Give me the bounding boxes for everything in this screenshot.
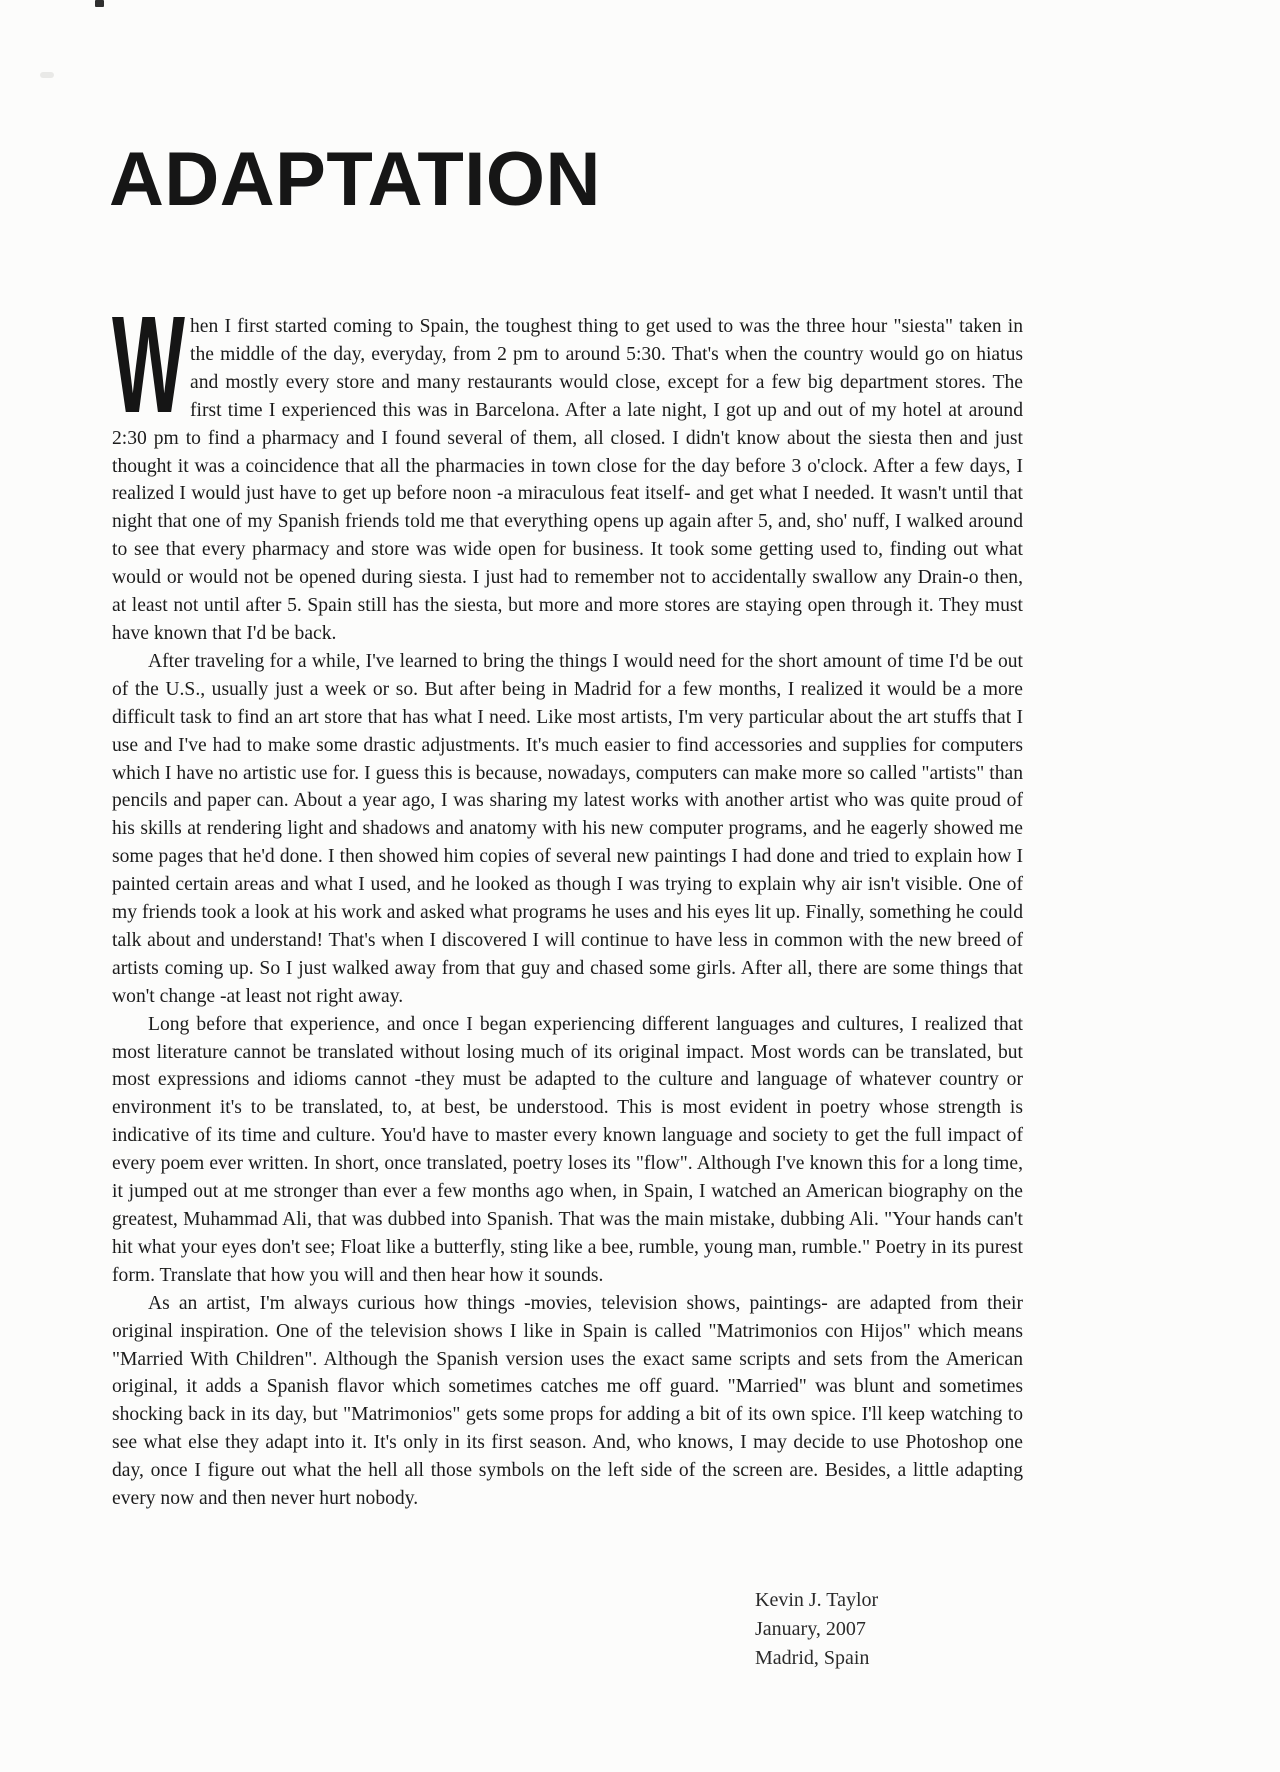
drop-cap-letter: W <box>112 315 149 421</box>
scan-smudge <box>40 72 54 78</box>
paragraph-1: When I first started coming to Spain, th… <box>112 313 1023 648</box>
paragraph-4-text: As an artist, I'm always curious how thi… <box>112 1293 1023 1509</box>
paragraph-1-text: hen I first started coming to Spain, the… <box>112 316 1023 644</box>
paragraph-3: Long before that experience, and once I … <box>112 1011 1023 1290</box>
paragraph-3-text: Long before that experience, and once I … <box>112 1014 1023 1286</box>
signature-author: Kevin J. Taylor <box>755 1586 878 1615</box>
essay-body: When I first started coming to Spain, th… <box>112 313 1023 1513</box>
scan-artifact-mark <box>95 0 104 7</box>
scanned-book-page: ADAPTATION When I first started coming t… <box>0 0 1280 1772</box>
signature-place: Madrid, Spain <box>755 1644 878 1673</box>
paragraph-2: After traveling for a while, I've learne… <box>112 648 1023 1011</box>
essay-title: ADAPTATION <box>109 140 601 220</box>
signature-block: Kevin J. Taylor January, 2007 Madrid, Sp… <box>755 1586 878 1673</box>
paragraph-2-text: After traveling for a while, I've learne… <box>112 651 1023 1007</box>
paragraph-4: As an artist, I'm always curious how thi… <box>112 1290 1023 1513</box>
signature-date: January, 2007 <box>755 1615 878 1644</box>
